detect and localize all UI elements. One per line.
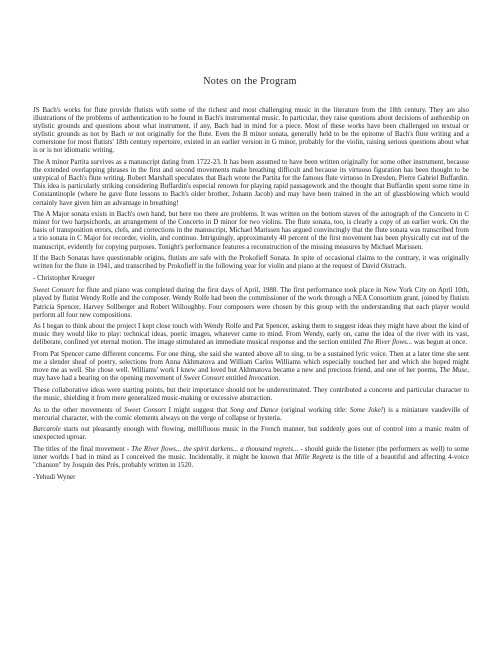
text-segment: .: [279, 374, 281, 382]
italic-text-segment: The River flows...: [363, 338, 412, 346]
italic-text-segment: The Muse: [440, 366, 468, 374]
text-segment: (original working title:: [278, 406, 350, 414]
text-segment: From Pat Spencer came different concerns…: [33, 350, 469, 374]
text-segment: -Yehudi Wyner: [33, 473, 76, 481]
text-segment: These collaborative ideas were starting …: [33, 386, 469, 402]
paragraph: JS Bach's works for flute provide flutis…: [33, 106, 469, 155]
italic-text-segment: Some Joke!: [350, 406, 383, 414]
text-segment: was begun at once.: [412, 338, 467, 346]
italic-text-segment: The River flows... the spirit darkens...…: [131, 445, 298, 453]
text-segment: I might suggest that: [166, 406, 230, 414]
italic-text-segment: Sweet Consort: [183, 374, 224, 382]
paragraph: The titles of the final movement - The R…: [33, 445, 469, 469]
italic-text-segment: Barcarole: [33, 425, 61, 433]
italic-text-segment: Mille Regretz: [295, 453, 333, 461]
signature-line: - Christopher Krueger: [33, 274, 469, 282]
italic-text-segment: Sweet Consort: [33, 286, 74, 294]
paragraph: These collaborative ideas were starting …: [33, 386, 469, 402]
program-notes-body: JS Bach's works for flute provide flutis…: [33, 106, 469, 485]
signature-line: -Yehudi Wyner: [33, 473, 469, 481]
paragraph: From Pat Spencer came different concerns…: [33, 350, 469, 382]
paragraph: As to the other movements of Sweet Conso…: [33, 406, 469, 422]
text-segment: The titles of the final movement -: [33, 445, 131, 453]
page-title: Notes on the Program: [0, 76, 500, 87]
italic-text-segment: Song and Dance: [230, 406, 278, 414]
text-segment: - Christopher Krueger: [33, 274, 95, 282]
paragraph: The A Major sonata exists in Bach's own …: [33, 210, 469, 250]
text-segment: starts out pleasantly enough with flowin…: [33, 425, 469, 441]
paragraph: Barcarole starts out pleasantly enough w…: [33, 425, 469, 441]
text-segment: entitled: [224, 374, 249, 382]
italic-text-segment: Invocation: [249, 374, 279, 382]
paragraph: Sweet Consort for flute and piano was co…: [33, 286, 469, 318]
paragraph: If the Bach Sonatas have questionable or…: [33, 254, 469, 270]
text-segment: The A Major sonata exists in Bach's own …: [33, 210, 469, 250]
text-segment: As to the other movements of: [33, 406, 124, 414]
text-segment: for flute and piano was completed during…: [33, 286, 469, 318]
program-notes-page: Notes on the Program JS Bach's works for…: [0, 0, 500, 658]
text-segment: JS Bach's works for flute provide flutis…: [33, 106, 469, 154]
text-segment: The A minor Partita survives as a manusc…: [33, 158, 469, 206]
italic-text-segment: Sweet Consort: [124, 406, 166, 414]
paragraph: As I began to think about the project I …: [33, 322, 469, 346]
text-segment: If the Bach Sonatas have questionable or…: [33, 254, 469, 270]
paragraph: The A minor Partita survives as a manusc…: [33, 158, 469, 207]
